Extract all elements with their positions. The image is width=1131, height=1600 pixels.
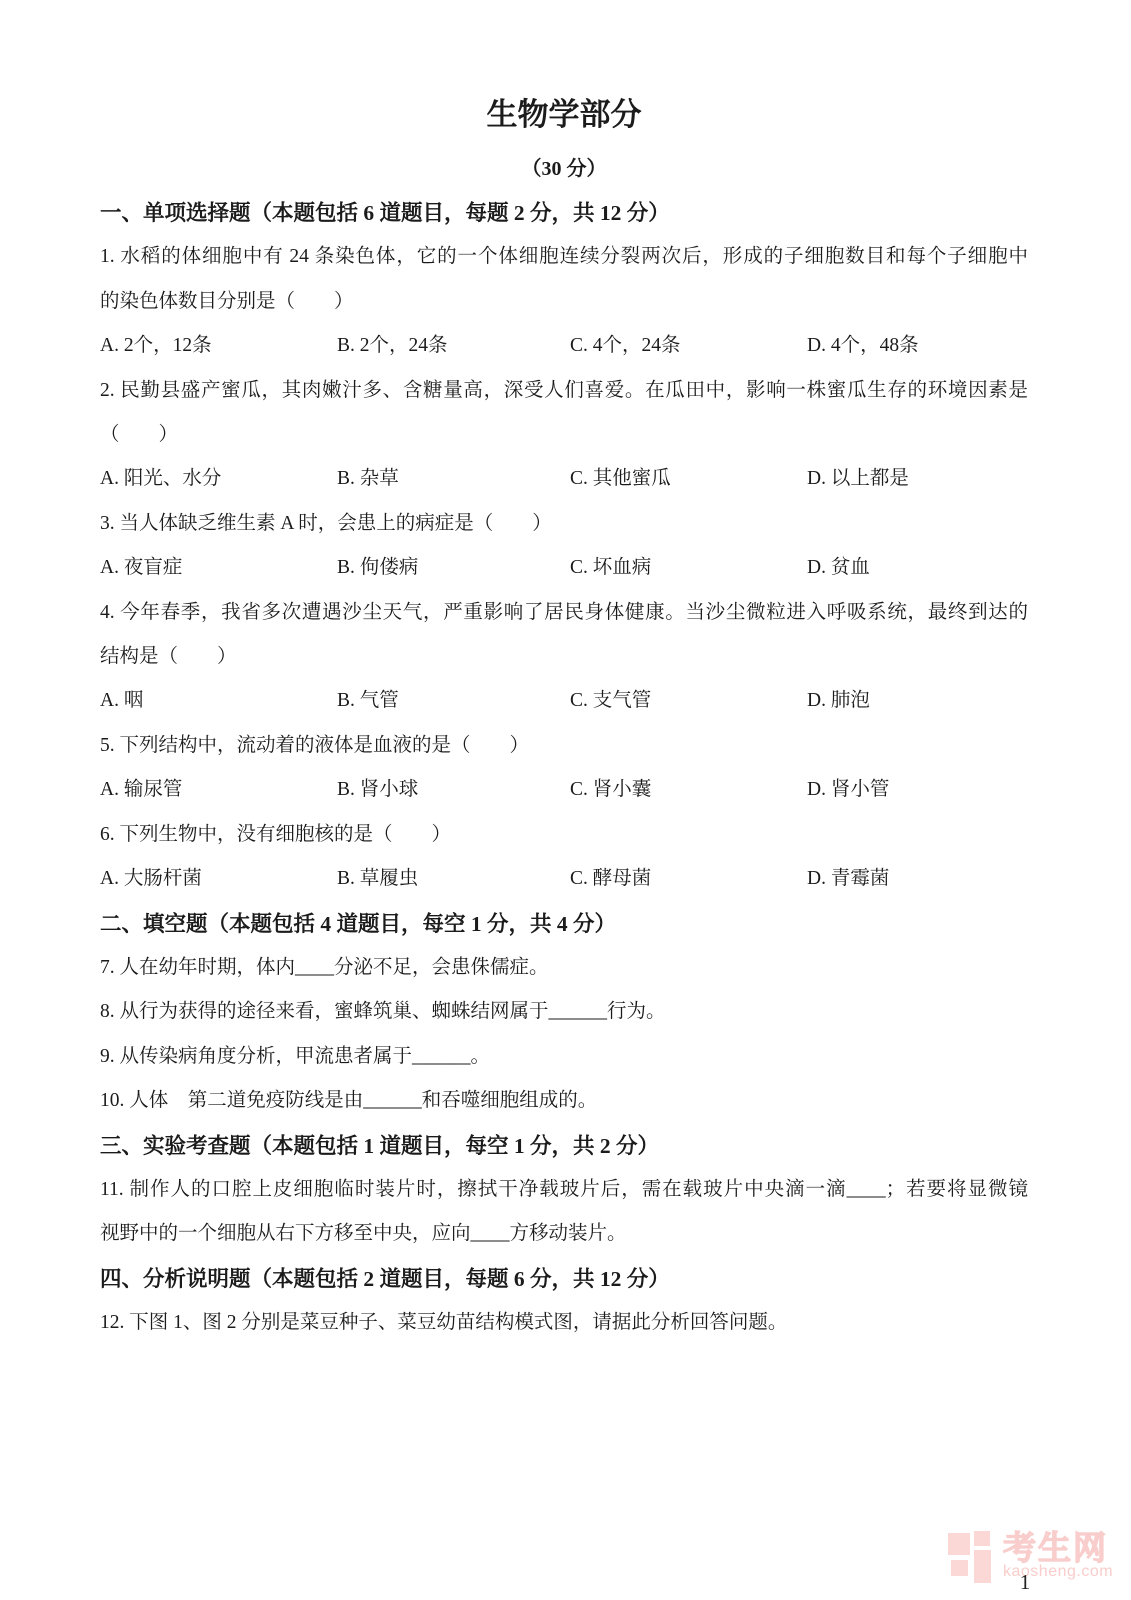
option-3b: B. 佝偻病: [337, 546, 570, 590]
question-12-line-1: 12. 下图 1、图 2 分别是菜豆种子、菜豆幼苗结构模式图，请据此分析回答问题…: [100, 1301, 1028, 1345]
option-3c: C. 坏血病: [570, 546, 807, 590]
exam-content: 生物学部分 （30 分） 一、单项选择题（本题包括 6 道题目，每题 2 分，共…: [100, 0, 1028, 1346]
option-3a: A. 夜盲症: [100, 546, 337, 590]
section-1-heading: 一、单项选择题（本题包括 6 道题目，每题 2 分，共 12 分）: [100, 191, 1028, 235]
question-8-line-1: 8. 从行为获得的途径来看，蜜蜂筑巢、蜘蛛结网属于______行为。: [100, 990, 1028, 1034]
option-4c: C. 支气管: [570, 679, 807, 723]
option-5a: A. 输尿管: [100, 768, 337, 812]
logo-block: [951, 1560, 968, 1576]
question-1-line-2: 的染色体数目分别是（ ）: [100, 280, 1028, 324]
option-1d: D. 4个，48条: [807, 324, 1028, 368]
question-2-options: A. 阳光、水分 B. 杂草 C. 其他蜜瓜 D. 以上都是: [100, 457, 1028, 501]
question-11-line-1: 11. 制作人的口腔上皮细胞临时装片时，擦拭干净载玻片后，需在载玻片中央滴一滴_…: [100, 1168, 1028, 1212]
total-score: （30 分）: [100, 156, 1028, 182]
option-4b: B. 气管: [337, 679, 570, 723]
option-2d: D. 以上都是: [807, 457, 1028, 501]
option-6c: C. 酵母菌: [570, 857, 807, 901]
question-4-options: A. 咽 B. 气管 C. 支气管 D. 肺泡: [100, 679, 1028, 723]
option-1b: B. 2个，24条: [337, 324, 570, 368]
option-2c: C. 其他蜜瓜: [570, 457, 807, 501]
option-2b: B. 杂草: [337, 457, 570, 501]
option-1a: A. 2个，12条: [100, 324, 337, 368]
kaosheng-logo-icon: [948, 1531, 992, 1583]
question-3-options: A. 夜盲症 B. 佝偻病 C. 坏血病 D. 贫血: [100, 546, 1028, 590]
question-7-line-1: 7. 人在幼年时期，体内____分泌不足，会患侏儒症。: [100, 946, 1028, 990]
option-6d: D. 青霉菌: [807, 857, 1028, 901]
question-9-line-1: 9. 从传染病角度分析，甲流患者属于______。: [100, 1035, 1028, 1079]
logo-block: [948, 1533, 970, 1555]
option-3d: D. 贫血: [807, 546, 1028, 590]
option-6b: B. 草履虫: [337, 857, 570, 901]
question-1-options: A. 2个，12条 B. 2个，24条 C. 4个，24条 D. 4个，48条: [100, 324, 1028, 368]
option-5b: B. 肾小球: [337, 768, 570, 812]
option-4a: A. 咽: [100, 679, 337, 723]
question-3-line-1: 3. 当人体缺乏维生素 A 时，会患上的病症是（ ）: [100, 502, 1028, 546]
watermark-site-name: 考生网: [1003, 1531, 1113, 1564]
question-6-line-1: 6. 下列生物中，没有细胞核的是（ ）: [100, 813, 1028, 857]
section-3-heading: 三、实验考查题（本题包括 1 道题目，每空 1 分，共 2 分）: [100, 1124, 1028, 1168]
question-1-line-1: 1. 水稻的体细胞中有 24 条染色体，它的一个体细胞连续分裂两次后，形成的子细…: [100, 235, 1028, 279]
section-2-heading: 二、填空题（本题包括 4 道题目，每空 1 分，共 4 分）: [100, 902, 1028, 946]
question-4-line-2: 结构是（ ）: [100, 635, 1028, 679]
exam-paper-page: 生物学部分 （30 分） 一、单项选择题（本题包括 6 道题目，每题 2 分，共…: [0, 0, 1131, 1600]
option-1c: C. 4个，24条: [570, 324, 807, 368]
question-5-line-1: 5. 下列结构中，流动着的液体是血液的是（ ）: [100, 724, 1028, 768]
option-4d: D. 肺泡: [807, 679, 1028, 723]
option-5c: C. 肾小囊: [570, 768, 807, 812]
logo-block: [974, 1531, 990, 1546]
question-2-line-1: 2. 民勤县盛产蜜瓜，其肉嫩汁多、含糖量高，深受人们喜爱。在瓜田中，影响一株蜜瓜…: [100, 369, 1028, 413]
option-6a: A. 大肠杆菌: [100, 857, 337, 901]
page-title: 生物学部分: [100, 96, 1028, 133]
question-2-line-2: （ ）: [100, 413, 1028, 457]
page-number: 1: [1012, 1570, 1038, 1595]
option-5d: D. 肾小管: [807, 768, 1028, 812]
section-4-heading: 四、分析说明题（本题包括 2 道题目，每题 6 分，共 12 分）: [100, 1257, 1028, 1301]
option-2a: A. 阳光、水分: [100, 457, 337, 501]
question-10-line-1: 10. 人体 第二道免疫防线是由______和吞噬细胞组成的。: [100, 1079, 1028, 1123]
question-4-line-1: 4. 今年春季，我省多次遭遇沙尘天气，严重影响了居民身体健康。当沙尘微粒进入呼吸…: [100, 591, 1028, 635]
question-6-options: A. 大肠杆菌 B. 草履虫 C. 酵母菌 D. 青霉菌: [100, 857, 1028, 901]
logo-block: [974, 1550, 991, 1583]
question-5-options: A. 输尿管 B. 肾小球 C. 肾小囊 D. 肾小管: [100, 768, 1028, 812]
question-11-line-2: 视野中的一个细胞从右下方移至中央，应向____方移动装片。: [100, 1212, 1028, 1256]
